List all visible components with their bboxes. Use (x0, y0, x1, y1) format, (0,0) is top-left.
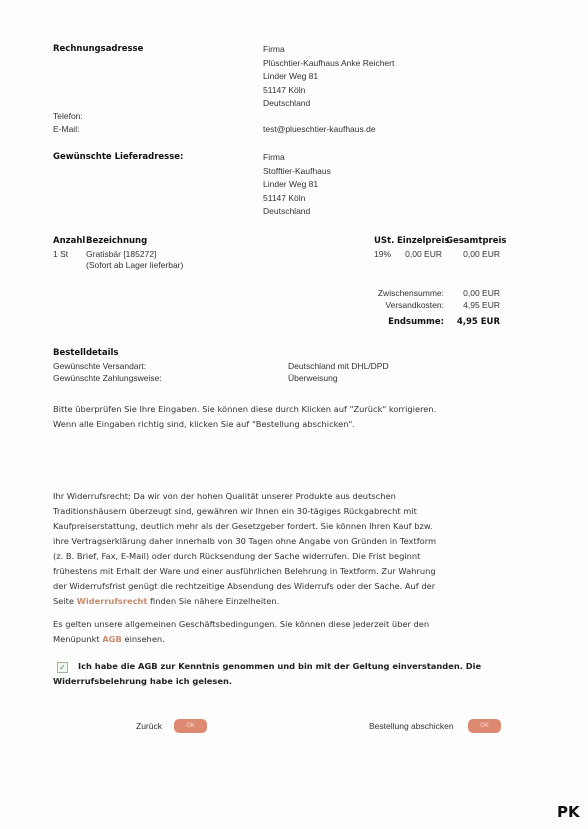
back-label: Zurück (136, 721, 162, 731)
shipping-line: Firma (263, 151, 331, 165)
billing-line: Linder Weg 81 (263, 70, 394, 84)
withdrawal-text: Seite (53, 596, 77, 606)
billing-address-label: Rechnungsadresse (53, 44, 143, 54)
payment-method-value: Überweisung (288, 373, 338, 383)
item-vat: 19% (374, 249, 391, 259)
email-value: test@plueschtier-kaufhaus.de (263, 124, 376, 134)
item-availability: (Sofort ab Lager lieferbar) (86, 260, 183, 270)
terms-line: Es gelten unsere allgemeinen Geschäftsbe… (53, 617, 429, 632)
withdrawal-line: ihre Vertragserklärung daher innerhalb v… (53, 534, 436, 549)
consent-label-line1: Ich habe die AGB zur Kenntnis genommen u… (78, 661, 481, 671)
shipping-address-label: Gewünschte Lieferadresse: (53, 152, 183, 162)
billing-line: Plüschtier-Kaufhaus Anke Reichert (263, 57, 394, 71)
grand-total-label: Endsumme: (330, 317, 444, 327)
agb-link[interactable]: AGB (102, 634, 122, 644)
col-name-header: Bezeichnung (86, 236, 147, 246)
submit-order-button[interactable]: OK (468, 719, 501, 733)
billing-address: Firma Plüschtier-Kaufhaus Anke Reichert … (263, 43, 394, 111)
item-total-price: 0,00 EUR (440, 249, 500, 259)
phone-label: Telefon: (53, 111, 83, 121)
terms-text: einsehen. (122, 634, 165, 644)
shipping-cost-label: Versandkosten: (330, 300, 444, 310)
withdrawal-line: Ihr Widerrufsrecht: Da wir von der hohen… (53, 489, 436, 504)
terms-line: Menüpunkt AGB einsehen. (53, 632, 429, 647)
back-button[interactable]: OK (174, 719, 207, 733)
withdrawal-line: frühestens mit Erhalt der Ware und einer… (53, 564, 436, 579)
review-line: Wenn alle Eingaben richtig sind, klicken… (53, 417, 436, 432)
subtotal-value: 0,00 EUR (440, 288, 500, 298)
item-qty: 1 St (53, 249, 68, 259)
terms-text: Menüpunkt (53, 634, 102, 644)
withdrawal-line: Kaufpreiserstattung, deutlich mehr als d… (53, 519, 436, 534)
billing-line: Firma (263, 43, 394, 57)
subtotal-label: Zwischensumme: (330, 288, 444, 298)
billing-line: Deutschland (263, 97, 394, 111)
order-details-title: Bestelldetails (53, 348, 119, 358)
col-unit-header: Einzelpreis (397, 236, 449, 246)
submit-order-label: Bestellung abschicken (369, 721, 454, 731)
review-instructions: Bitte überprüfen Sie Ihre Eingaben. Sie … (53, 402, 436, 432)
withdrawal-text: finden Sie nähere Einzelheiten. (147, 596, 279, 606)
withdrawal-line: Traditionshäusern überzeugt sind, gewähr… (53, 504, 436, 519)
email-label: E-Mail: (53, 124, 79, 134)
billing-line: 51147 Köln (263, 84, 394, 98)
shipping-line: Linder Weg 81 (263, 178, 331, 192)
withdrawal-line: (z. B. Brief, Fax, E-Mail) oder durch Rü… (53, 549, 436, 564)
withdrawal-line: der Widerrufsfrist genügt die rechtzeiti… (53, 579, 436, 594)
consent-label-line2: Widerrufsbelehrung habe ich gelesen. (53, 676, 232, 686)
shipping-line: 51147 Köln (263, 192, 331, 206)
shipping-address: Firma Stofftier-Kaufhaus Linder Weg 81 5… (263, 151, 331, 219)
shipping-method-label: Gewünschte Versandart: (53, 361, 146, 371)
payment-method-label: Gewünschte Zahlungsweise: (53, 373, 162, 383)
item-unit-price: 0,00 EUR (390, 249, 442, 259)
review-line: Bitte überprüfen Sie Ihre Eingaben. Sie … (53, 402, 436, 417)
col-vat-header: USt. (374, 236, 394, 246)
shipping-method-value: Deutschland mit DHL/DPD (288, 361, 389, 371)
checkmark-icon: ✓ (59, 663, 66, 672)
withdrawal-link[interactable]: Widerrufsrecht (77, 596, 148, 606)
grand-total-value: 4,95 EUR (440, 317, 500, 327)
terms-consent-checkbox[interactable]: ✓ (57, 662, 68, 673)
shipping-line: Deutschland (263, 205, 331, 219)
withdrawal-notice: Ihr Widerrufsrecht: Da wir von der hohen… (53, 489, 436, 609)
item-name: Gratisbär [185272] (86, 249, 156, 259)
withdrawal-line: Seite Widerrufsrecht finden Sie nähere E… (53, 594, 436, 609)
col-total-header: Gesamtpreis (446, 236, 506, 246)
shipping-line: Stofftier-Kaufhaus (263, 165, 331, 179)
watermark-logo: PK (557, 803, 580, 821)
col-qty-header: Anzahl (53, 236, 85, 246)
shipping-cost-value: 4,95 EUR (440, 300, 500, 310)
terms-notice: Es gelten unsere allgemeinen Geschäftsbe… (53, 617, 429, 647)
